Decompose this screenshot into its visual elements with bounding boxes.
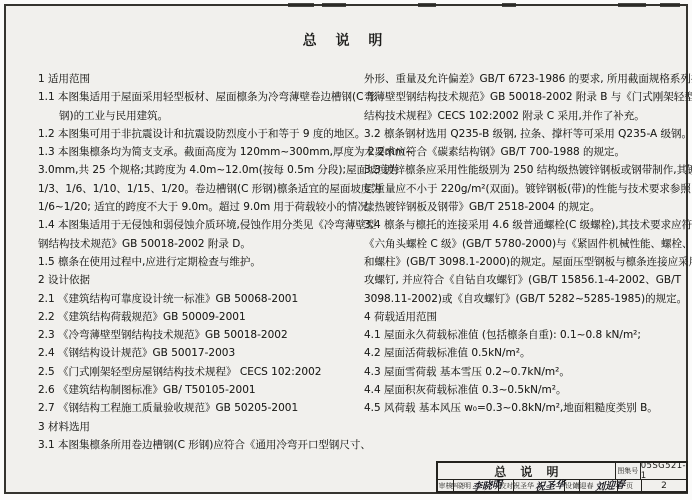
- text-line: 1.1 本图集适用于屋面采用轻型板材、屋面檩条为冷弯薄壁卷边槽钢(C 形: [38, 88, 360, 106]
- title-block: 总 说 明 图集号 05SG521-1 审核 李晓明 李晓明 校对 祝圣华 祝圣…: [436, 461, 688, 493]
- text-line: 3.3 镀锌檩条应采用性能级别为 250 结构级热镀锌钢板或钢带制作,其镀锌: [364, 161, 690, 179]
- text-line: 外形、重量及允许偏差》GB/T 6723-1986 的要求, 所用截面规格系列按…: [364, 70, 690, 88]
- text-line: 3.4 檩条与檩托的连接采用 4.6 级普通螺栓(C 级螺栓),其技术要求应符合: [364, 216, 690, 234]
- reviewer-signature: 李晓明: [472, 480, 502, 493]
- text-line: 4.3 屋面雪荷载 基本雪压 0.2~0.7kN/m²。: [364, 363, 690, 381]
- text-line: 2.1 《建筑结构可靠度设计统一标准》GB 50068-2001: [38, 290, 360, 308]
- text-line: 弯薄壁型钢结构技术规范》GB 50018-2002 附录 B 与《门式刚架轻型房…: [364, 88, 690, 106]
- text-line: 钢)的工业与民用建筑。: [38, 107, 360, 125]
- text-line: 3 材料选用: [38, 418, 360, 436]
- text-line: 4.1 屋面永久荷载标准值 (包括檩条自重): 0.1~0.8 kN/m²;: [364, 326, 690, 344]
- scan-mark: [418, 3, 436, 7]
- text-line: 2.5 《门式刚架轻型房屋钢结构技术规程》 CECS 102:2002: [38, 363, 360, 381]
- scan-mark: [618, 3, 646, 7]
- scan-mark: [322, 3, 346, 7]
- text-line: 1.4 本图集适用于无侵蚀和弱侵蚀介质环境,侵蚀作用分类见《冷弯薄壁型: [38, 216, 360, 234]
- text-line: 2.3 《冷弯薄壁型钢结构技术规范》GB 50018-2002: [38, 326, 360, 344]
- text-line: 2.7 《钢结构工程施工质量验收规范》GB 50205-2001: [38, 399, 360, 417]
- text-line: 2.2 《建筑结构荷载规范》GB 50009-2001: [38, 308, 360, 326]
- text-line: 1.3 本图集檩条均为简支支承。截面高度为 120mm~300mm,厚度为 2.…: [38, 143, 360, 161]
- text-line: 2.6 《建筑结构制图标准》GB/ T50105-2001: [38, 381, 360, 399]
- proofreader-signature: 祝圣华: [535, 480, 565, 493]
- text-line: 1.2 本图集可用于非抗震设计和抗震设防烈度小于和等于 9 度的地区。: [38, 125, 360, 143]
- atlas-number-value: 05SG521-1: [641, 463, 686, 479]
- text-line: 3.1 本图集檩条所用卷边槽钢(C 形钢)应符合《通用冷弯开口型钢尺寸、: [38, 436, 360, 454]
- title-block-title: 总 说 明: [438, 463, 616, 479]
- reviewer-cell: 李晓明 李晓明: [454, 480, 499, 491]
- text-line: 4 荷载适用范围: [364, 308, 690, 326]
- title-block-bottom-row: 审核 李晓明 李晓明 校对 祝圣华 祝圣华 设计 刘迎春 刘迎春 页 2: [438, 480, 686, 491]
- text-line: 1/3、1/6、1/10、1/15、1/20。卷边槽钢(C 形钢)檩条适宜的屋面…: [38, 180, 360, 198]
- reviewer-name: 李晓明: [450, 481, 471, 491]
- designer-cell: 刘迎春 刘迎春: [580, 480, 618, 491]
- designer-signature: 刘迎春: [594, 480, 624, 493]
- right-text-column: 外形、重量及允许偏差》GB/T 6723-1986 的要求, 所用截面规格系列按…: [364, 70, 690, 418]
- text-line: 术要求应符合《碳素结构钢》GB/T 700-1988 的规定。: [364, 143, 690, 161]
- scanned-document-page: 总 说 明 1 适用范围1.1 本图集适用于屋面采用轻型板材、屋面檩条为冷弯薄壁…: [0, 0, 692, 500]
- text-line: 4.2 屋面活荷载标准值 0.5kN/m²。: [364, 344, 690, 362]
- designer-name: 刘迎春: [573, 481, 594, 491]
- text-line: 2 设计依据: [38, 271, 360, 289]
- text-line: 1/6~1/20; 适宜的跨度不大于 9.0m。超过 9.0m 用于荷载较小的情…: [38, 198, 360, 216]
- text-line: 《六角头螺栓 C 级》(GB/T 5780-2000)与《紧固件机械性能、螺栓、…: [364, 235, 690, 253]
- text-line: 续热镀锌钢板及钢带》GB/T 2518-2004 的规定。: [364, 198, 690, 216]
- title-block-top-row: 总 说 明 图集号 05SG521-1: [438, 463, 686, 480]
- page-number: 2: [642, 480, 686, 491]
- scan-mark: [502, 3, 516, 7]
- scan-mark: [288, 3, 314, 7]
- left-text-column: 1 适用范围1.1 本图集适用于屋面采用轻型板材、屋面檩条为冷弯薄壁卷边槽钢(C…: [38, 70, 360, 454]
- text-line: 3.2 檩条钢材选用 Q235-B 级钢, 拉条、撑杆等可采用 Q235-A 级…: [364, 125, 690, 143]
- proofreader-cell: 祝圣华 祝圣华: [514, 480, 565, 491]
- text-line: 和螺柱》(GB/T 3098.1-2000)的规定。屋面压型钢板与檩条连接应采用…: [364, 253, 690, 271]
- text-line: 1 适用范围: [38, 70, 360, 88]
- scan-mark: [660, 3, 680, 7]
- text-line: 3.0mm,共 25 个规格;其跨度为 4.0m~12.0m(按每 0.5m 分…: [38, 161, 360, 179]
- text-line: 攻螺钉, 并应符合《自钻自攻螺钉》(GB/T 15856.1-4-2002、GB…: [364, 271, 690, 289]
- atlas-number-label: 图集号: [616, 463, 641, 479]
- text-line: 钢结构技术规范》GB 50018-2002 附录 D。: [38, 235, 360, 253]
- text-line: 4.5 风荷载 基本风压 w₀=0.3~0.8kN/m²,地面粗糙度类别 B。: [364, 399, 690, 417]
- text-line: 3098.11-2002)或《自攻螺钉》(GB/T 5282~5285-1985…: [364, 290, 690, 308]
- text-line: 2.4 《钢结构设计规范》GB 50017-2003: [38, 344, 360, 362]
- text-line: 1.5 檩条在使用过程中,应进行定期检查与维护。: [38, 253, 360, 271]
- page-title: 总 说 明: [0, 30, 692, 50]
- text-line: 结构技术规程》CECS 102:2002 附录 C 采用,并作了补充。: [364, 107, 690, 125]
- proofreader-name: 祝圣华: [513, 481, 534, 491]
- text-line: 层重量应不小于 220g/m²(双面)。镀锌钢板(带)的性能与技术要求参照《连: [364, 180, 690, 198]
- text-line: 4.4 屋面积灰荷载标准值 0.3~0.5kN/m²。: [364, 381, 690, 399]
